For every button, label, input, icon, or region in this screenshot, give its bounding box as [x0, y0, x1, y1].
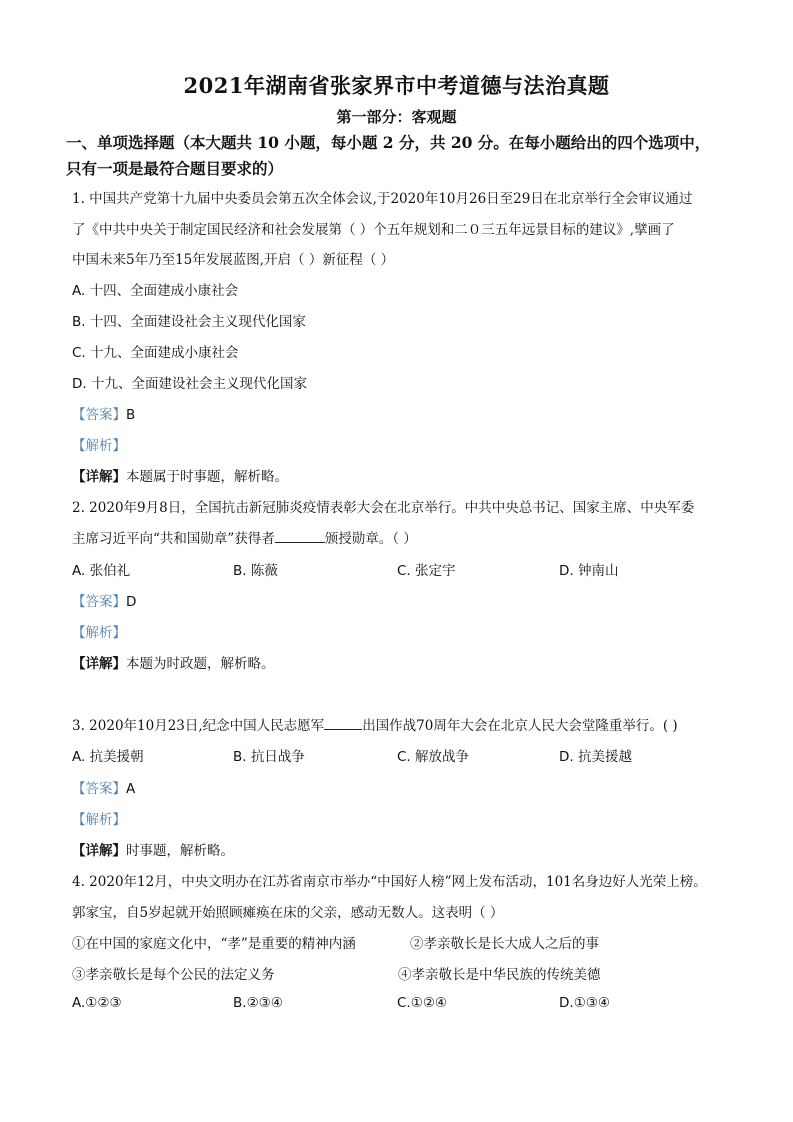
answer-label: 【答案】 — [72, 781, 126, 797]
option-label: D. — [559, 563, 574, 579]
option-label: A. — [72, 563, 85, 579]
question-2-option-a: A. 张伯礼 — [72, 559, 130, 579]
question-3-analysis-label: 【解析】 — [72, 808, 126, 828]
option-label: B. — [72, 314, 86, 330]
question-4-stem-line-1: 4. 2020年12月，中央文明办在江苏省南京市举办“中国好人榜”网上发布活动，… — [72, 870, 707, 890]
question-1-option-d: D. 十九、全面建设社会主义现代化国家 — [72, 372, 307, 392]
question-3-option-c: C. 解放战争 — [397, 745, 469, 765]
question-1-stem-line-2: 了《中共中央关于制定国民经济和社会发展第（ ）个五年规划和二０三五年远景目标的建… — [72, 218, 675, 238]
option-text: 抗美援朝 — [90, 749, 144, 765]
question-2-detail: 【详解】本题为时政题，解析略。 — [72, 652, 275, 672]
option-text: 十四、全面建设社会主义现代化国家 — [90, 314, 306, 330]
question-3-option-d: D. 抗美援越 — [559, 745, 632, 765]
detail-text: 本题为时政题，解析略。 — [126, 656, 275, 672]
answer-value: B — [126, 407, 135, 423]
stem-text: 3. 2020年10月23日,纪念中国人民志愿军 — [72, 718, 324, 734]
option-label: D. — [72, 376, 87, 392]
question-4-option-b: B.②③④ — [233, 995, 283, 1011]
section-heading: 一、单项选择题（本大题共 10 小题，每小题 2 分，共 20 分。在每小题给出… — [66, 130, 731, 182]
question-4-statement-3: ③孝亲敬长是每个公民的法定义务 — [72, 963, 275, 983]
section-heading-line-2: 只有一项是最符合题目要求的） — [66, 156, 731, 182]
option-label: A. — [72, 283, 85, 299]
question-4-option-c: C.①②④ — [397, 995, 447, 1011]
question-2-stem-line-1: 2. 2020年9月8日，全国抗击新冠肺炎疫情表彰大会在北京举行。中共中央总书记… — [72, 496, 694, 516]
question-1-option-c: C. 十九、全面建成小康社会 — [72, 341, 239, 361]
question-1-answer: 【答案】B — [72, 403, 135, 423]
question-1-option-a: A. 十四、全面建成小康社会 — [72, 279, 238, 299]
question-3-detail: 【详解】时事题，解析略。 — [72, 839, 234, 859]
detail-text: 本题属于时事题，解析略。 — [126, 469, 288, 485]
section-heading-line-1: 一、单项选择题（本大题共 10 小题，每小题 2 分，共 20 分。在每小题给出… — [66, 130, 731, 156]
option-label: C. — [72, 345, 86, 361]
question-4-statement-4: ④孝亲敬长是中华民族的传统美德 — [398, 963, 601, 983]
answer-value: A — [126, 781, 135, 797]
question-4-stem-line-2: 郭家宝，自5岁起就开始照顾瘫痪在床的父亲，感动无数人。这表明（ ） — [72, 901, 503, 921]
option-text: 十九、全面建设社会主义现代化国家 — [91, 376, 307, 392]
detail-label: 【详解】 — [72, 843, 126, 859]
part-heading: 第一部分：客观题 — [0, 106, 793, 127]
question-1-analysis-label: 【解析】 — [72, 434, 126, 454]
stem-text: 出国作战70周年大会在北京人民大会堂隆重举行。( ) — [362, 718, 678, 734]
detail-text: 时事题，解析略。 — [126, 843, 234, 859]
exam-page: 2021年湖南省张家界市中考道德与法治真题 第一部分：客观题 一、单项选择题（本… — [0, 0, 793, 1122]
option-text: 钟南山 — [578, 563, 619, 579]
question-2-answer: 【答案】D — [72, 590, 136, 610]
option-text: 十九、全面建成小康社会 — [90, 345, 239, 361]
option-text: 抗日战争 — [251, 749, 305, 765]
question-3-stem-line-1: 3. 2020年10月23日,纪念中国人民志愿军出国作战70周年大会在北京人民大… — [72, 714, 678, 734]
question-1-detail: 【详解】本题属于时事题，解析略。 — [72, 465, 288, 485]
option-text: ①②④ — [411, 995, 447, 1011]
option-text: 张定宇 — [415, 563, 456, 579]
option-text: 陈薇 — [251, 563, 278, 579]
option-label: A. — [72, 995, 85, 1011]
answer-value: D — [126, 594, 136, 610]
option-label: C. — [397, 749, 411, 765]
detail-label: 【详解】 — [72, 469, 126, 485]
question-1-option-b: B. 十四、全面建设社会主义现代化国家 — [72, 310, 306, 330]
question-2-stem-line-2: 主席习近平向“共和国勋章”获得者颁授勋章。（ ） — [72, 527, 417, 547]
option-text: 十四、全面建成小康社会 — [90, 283, 239, 299]
document-title: 2021年湖南省张家界市中考道德与法治真题 — [0, 70, 793, 100]
option-text: 解放战争 — [415, 749, 469, 765]
option-text: 抗美援越 — [578, 749, 632, 765]
option-label: B. — [233, 995, 247, 1011]
question-4-option-a: A.①②③ — [72, 995, 122, 1011]
stem-text: 主席习近平向“共和国勋章”获得者 — [72, 531, 275, 547]
option-label: A. — [72, 749, 85, 765]
question-4-option-d: D.①③④ — [559, 995, 610, 1011]
fill-blank — [275, 530, 325, 543]
question-2-analysis-label: 【解析】 — [72, 621, 126, 641]
question-4-statement-1: ①在中国的家庭文化中，“孝”是重要的精神内涵 — [72, 932, 356, 952]
option-text: 张伯礼 — [90, 563, 131, 579]
option-text: ①③④ — [574, 995, 610, 1011]
option-label: B. — [233, 749, 247, 765]
option-label: D. — [559, 749, 574, 765]
question-1-stem-line-3: 中国未来5年乃至15年发展蓝图,开启（ ）新征程（ ） — [72, 248, 394, 268]
question-3-answer: 【答案】A — [72, 777, 135, 797]
option-label: B. — [233, 563, 247, 579]
detail-label: 【详解】 — [72, 656, 126, 672]
question-2-option-c: C. 张定宇 — [397, 559, 456, 579]
question-4-statement-2: ②孝亲敬长是长大成人之后的事 — [410, 932, 599, 952]
option-label: D. — [559, 995, 574, 1011]
question-2-option-b: B. 陈薇 — [233, 559, 278, 579]
answer-label: 【答案】 — [72, 407, 126, 423]
question-3-option-a: A. 抗美援朝 — [72, 745, 144, 765]
option-label: C. — [397, 995, 411, 1011]
stem-text: 颁授勋章。（ ） — [325, 531, 417, 547]
answer-label: 【答案】 — [72, 594, 126, 610]
question-3-option-b: B. 抗日战争 — [233, 745, 305, 765]
question-1-stem-line-1: 1. 中国共产党第十九届中央委员会第五次全体会议,于2020年10月26日至29… — [72, 187, 692, 207]
option-text: ②③④ — [247, 995, 283, 1011]
question-2-option-d: D. 钟南山 — [559, 559, 618, 579]
option-text: ①②③ — [85, 995, 121, 1011]
option-label: C. — [397, 563, 411, 579]
fill-blank — [324, 717, 362, 730]
